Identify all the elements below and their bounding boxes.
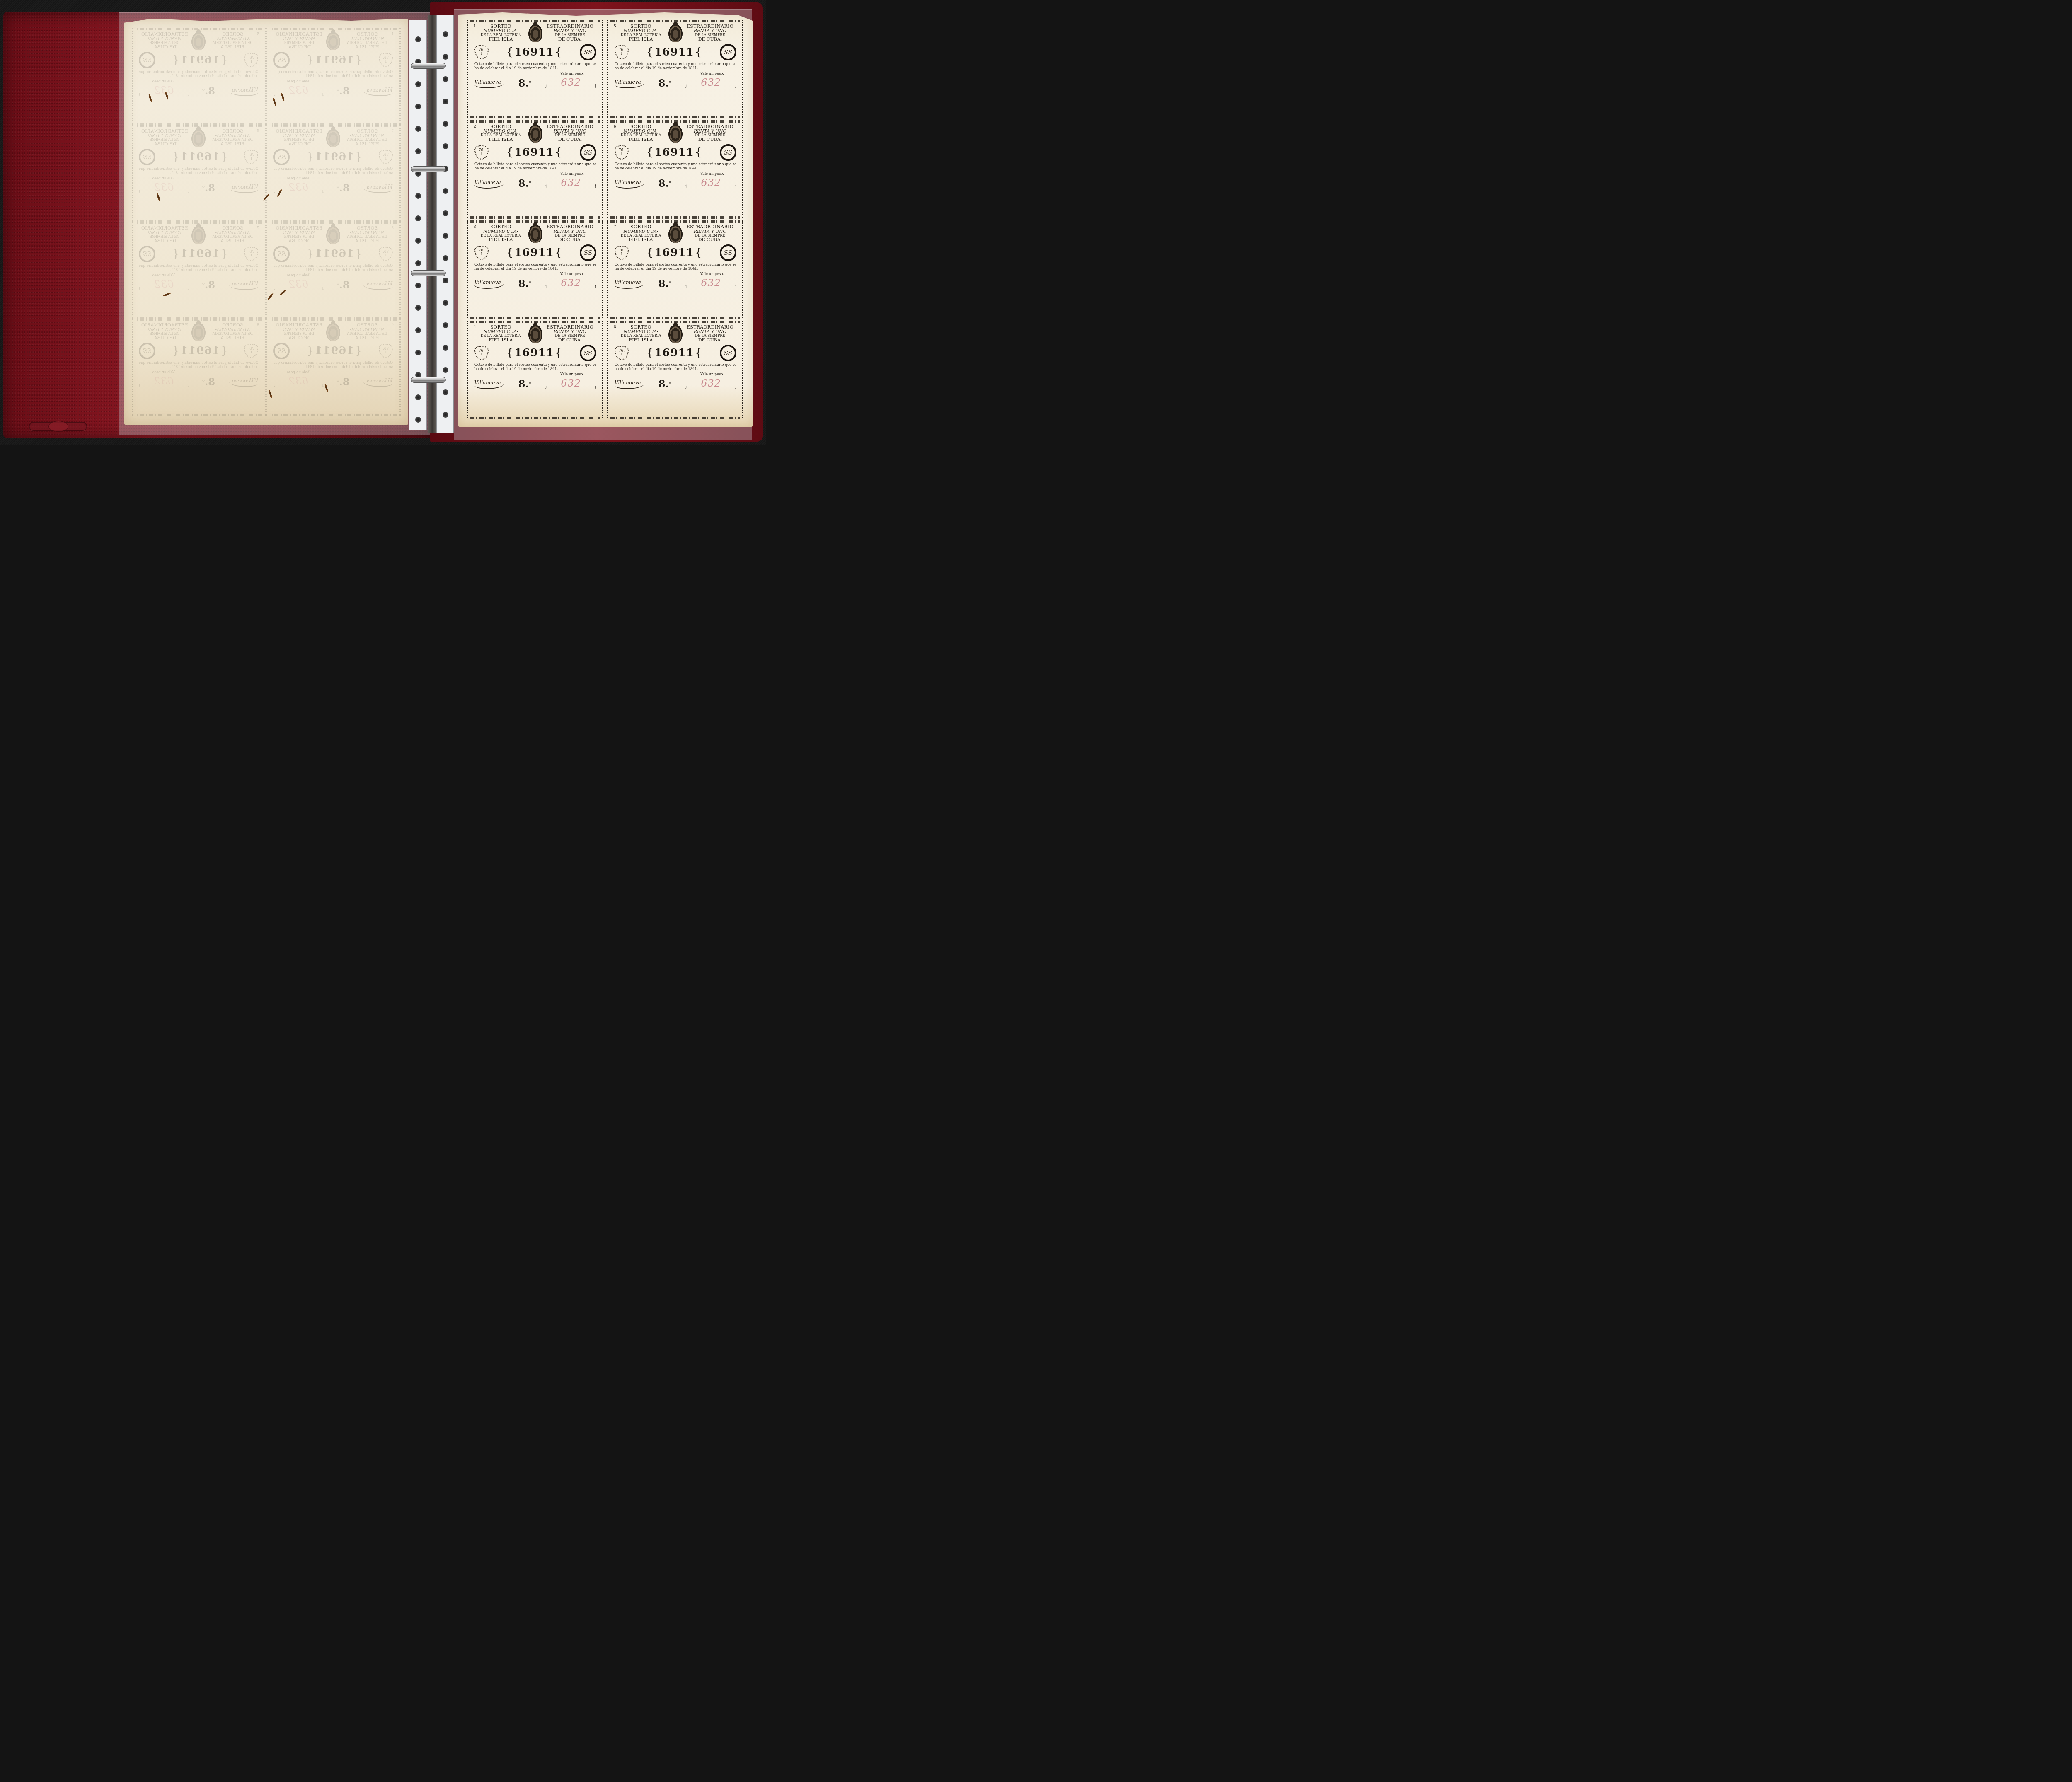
fraction-mark: 8.o [336, 86, 349, 96]
header-estraordinario: ESTRAORDINARIO [139, 32, 190, 37]
header-estraordinario: ESTRAORDINARIO [684, 225, 736, 230]
header-numero: NUMERO CUA- [207, 134, 258, 138]
corner-mark: j [322, 92, 323, 96]
header-fiel-isla: FIEL ISLA [341, 239, 393, 244]
punch-hole [443, 31, 448, 37]
header-sorteo: SORTEO [341, 226, 393, 231]
signature: Villanueva [363, 87, 393, 96]
ticket-number: 16911 [172, 248, 228, 260]
lottery-sheet-page: 1 SORTEO NUMERO CUA- DE LA REAL LOTERIA … [458, 12, 753, 427]
signature: Villanueva [229, 184, 259, 193]
signature: Villanueva [615, 280, 644, 289]
header-renta: RENTA Y UNO [139, 231, 190, 235]
header-sorteo: SORTEO [207, 129, 258, 134]
punch-hole [443, 54, 448, 60]
ticket-description: Octavo de billete para el sorteo cuarent… [139, 361, 259, 369]
monogram-seal-icon: SS [274, 246, 290, 262]
header-cuba: DE CUBA. [274, 45, 325, 50]
header-cuba: DE CUBA. [139, 239, 190, 244]
header-sorteo: SORTEO [341, 129, 393, 134]
corner-mark: j [545, 385, 547, 389]
header-fiel-isla: FIEL ISLA [615, 338, 667, 343]
ticket-number: 16911 [506, 46, 562, 58]
header-renta: RENTA Y UNO [139, 328, 190, 332]
corner-mark: j [595, 385, 596, 389]
corner-mark: j [545, 184, 547, 189]
corner-mark: j [685, 184, 687, 189]
corner-mark: j [139, 286, 140, 290]
monogram-seal-icon: SS [139, 343, 155, 359]
ticket-description: Octavo de billete para el sorteo cuarent… [139, 264, 259, 272]
header-fiel-isla: FIEL ISLA [474, 338, 527, 343]
header-renta: RENTA Y UNO [684, 129, 736, 134]
signature: Villanueva [474, 179, 504, 189]
corner-mark: j [187, 286, 189, 290]
heart-stamp-icon: 76.1 [244, 53, 259, 67]
royal-crest-icon [668, 225, 683, 243]
show-through-ghost: 1 SORTEO NUMERO CUA- DE LA REAL LOTERIA … [124, 19, 408, 425]
ticket-description: Octavo de billete para el sorteo cuarent… [139, 167, 259, 175]
ticket-index: 2 [391, 129, 394, 133]
corner-mark: j [274, 383, 275, 387]
heart-stamp-icon: 76.1 [615, 45, 629, 59]
punch-hole [443, 345, 448, 351]
royal-crest-icon [528, 124, 542, 143]
header-estraordinario: ESTRAORDINARIO [684, 24, 736, 29]
ticket-value: Vale un peso. [615, 72, 724, 76]
header-estraordinario: ESTRAORDINARIO [274, 323, 325, 328]
binder-ring[interactable] [411, 63, 446, 69]
header-fiel-isla: FIEL ISLA [341, 45, 393, 50]
punch-hole [443, 367, 448, 373]
header-renta: RENTA Y UNO [544, 129, 596, 134]
header-fiel-isla: FIEL ISLA [474, 137, 527, 142]
punch-hole [443, 300, 448, 306]
ticket-number: 16911 [646, 347, 702, 359]
punch-hole [415, 193, 421, 199]
monogram-seal-icon: SS [720, 44, 736, 60]
ticket-description: Octavo de billete para el sorteo cuarent… [615, 62, 736, 70]
header-numero: NUMERO CUA- [474, 230, 527, 234]
monogram-seal-icon: SS [580, 144, 596, 161]
ticket-value: Vale un peso. [286, 370, 393, 375]
signature: Villanueva [229, 87, 259, 96]
ghost-ticket: 7 SORTEO NUMERO CUA- DE LA REAL LOTERIA … [132, 222, 266, 319]
corner-mark: j [274, 286, 275, 290]
ticket-value: Vale un peso. [286, 177, 393, 181]
ticket-index: 6 [614, 125, 616, 129]
royal-crest-icon [528, 225, 542, 243]
header-renta: RENTA Y UNO [544, 330, 596, 334]
signature: Villanueva [474, 280, 504, 289]
ticket-value: Vale un peso. [474, 172, 584, 176]
ticket-index: 7 [614, 225, 616, 229]
ticket-value: Vale un peso. [151, 370, 259, 375]
punch-hole [415, 36, 421, 42]
header-fiel-isla: FIEL ISLA [341, 142, 393, 147]
monogram-seal-icon: SS [720, 144, 736, 161]
header-cuba: DE CUBA. [139, 45, 190, 50]
header-cuba: DE CUBA. [274, 142, 325, 147]
ticket-value: Vale un peso. [474, 272, 584, 276]
punch-hole [415, 305, 421, 311]
heart-stamp-icon: 76.1 [615, 346, 629, 360]
corner-mark: j [735, 385, 736, 389]
handwritten-number: 632 [701, 377, 721, 389]
header-fiel-isla: FIEL ISLA [615, 37, 667, 42]
header-renta: RENTA Y UNO [274, 37, 325, 41]
header-cuba: DE CUBA. [684, 338, 736, 343]
header-numero: NUMERO CUA- [207, 37, 258, 41]
signature: Villanueva [363, 281, 393, 290]
heart-stamp-icon: 76.1 [615, 246, 629, 260]
corner-mark: j [187, 383, 189, 387]
fraction-mark: 8.o [202, 377, 215, 387]
embossed-logo-icon [29, 422, 87, 431]
corner-mark: j [274, 92, 275, 96]
signature: Villanueva [474, 79, 504, 88]
fraction-mark: 8.o [336, 280, 349, 290]
ticket-index: 8 [257, 323, 259, 327]
ticket-value: Vale un peso. [151, 80, 259, 84]
fraction-mark: 8.o [518, 279, 531, 289]
royal-crest-icon [326, 323, 340, 341]
header-estraordinario: ESTRAORDINARIO [274, 32, 325, 37]
signature: Villanueva [615, 179, 644, 189]
lottery-ticket: 6 SORTEO NUMERO CUA- DE LA REAL LOTERIA … [607, 120, 743, 218]
ghost-ticket: 6 SORTEO NUMERO CUA- DE LA REAL LOTERIA … [132, 125, 266, 222]
monogram-seal-icon: SS [139, 52, 155, 68]
ticket-value: Vale un peso. [286, 80, 393, 84]
ticket-index: 4 [391, 323, 394, 327]
ghost-ticket: 2 SORTEO NUMERO CUA- DE LA REAL LOTERIA … [266, 125, 401, 222]
punch-hole [415, 215, 421, 221]
ticket-number: 16911 [172, 151, 228, 163]
corner-mark: j [322, 189, 323, 193]
punch-hole [415, 394, 421, 400]
header-cuba: DE CUBA. [139, 142, 190, 147]
header-sorteo: SORTEO [474, 124, 527, 129]
header-sorteo: SORTEO [474, 325, 527, 330]
fraction-mark: 8.o [518, 379, 531, 389]
lottery-ticket: 4 SORTEO NUMERO CUA- DE LA REAL LOTERIA … [467, 321, 603, 418]
header-numero: NUMERO CUA- [341, 231, 393, 235]
fraction-mark: 8.o [658, 379, 671, 389]
header-fiel-isla: FIEL ISLA [474, 37, 527, 42]
ticket-number: 16911 [306, 345, 362, 357]
header-renta: RENTA Y UNO [684, 230, 736, 234]
binder-spine [428, 15, 436, 433]
header-sorteo: SORTEO [207, 226, 258, 231]
ghost-ticket: 4 SORTEO NUMERO CUA- DE LA REAL LOTERIA … [266, 319, 401, 416]
signature: Villanueva [229, 378, 259, 387]
ticket-grid: 1 SORTEO NUMERO CUA- DE LA REAL LOTERIA … [467, 20, 743, 418]
punch-hole [415, 350, 421, 355]
royal-crest-icon [191, 226, 206, 244]
corner-mark: j [322, 383, 323, 387]
header-numero: NUMERO CUA- [207, 328, 258, 332]
header-cuba: DE CUBA. [684, 237, 736, 242]
header-cuba: DE CUBA. [684, 37, 736, 42]
handwritten-number: 632 [288, 85, 308, 96]
header-numero: NUMERO CUA- [474, 129, 527, 134]
ticket-index: 3 [474, 225, 476, 229]
corner-mark: j [735, 184, 736, 189]
heart-stamp-icon: 76.1 [379, 247, 393, 261]
heart-stamp-icon: 76.1 [379, 344, 393, 358]
monogram-seal-icon: SS [274, 343, 290, 359]
header-numero: NUMERO CUA- [341, 37, 393, 41]
corner-mark: j [685, 385, 687, 389]
ticket-value: Vale un peso. [615, 272, 724, 276]
ticket-number: 16911 [646, 146, 702, 159]
signature: Villanueva [615, 79, 644, 88]
header-numero: NUMERO CUA- [474, 29, 527, 34]
header-numero: NUMERO CUA- [615, 129, 667, 134]
royal-crest-icon [668, 24, 683, 42]
handwritten-number: 632 [561, 377, 581, 389]
lottery-ticket: 5 SORTEO NUMERO CUA- DE LA REAL LOTERIA … [607, 20, 743, 118]
lottery-ticket: 1 SORTEO NUMERO CUA- DE LA REAL LOTERIA … [467, 20, 603, 118]
header-fiel-isla: FIEL ISLA [615, 137, 667, 142]
header-sorteo: SORTEO [615, 24, 667, 29]
fraction-mark: 8.o [518, 78, 531, 88]
corner-mark: j [187, 189, 189, 193]
monogram-seal-icon: SS [580, 345, 596, 361]
corner-mark: j [735, 285, 736, 289]
handwritten-number: 632 [701, 277, 721, 289]
header-fiel-isla: FIEL ISLA [341, 336, 393, 341]
handwritten-number: 632 [154, 181, 174, 193]
header-renta: RENTA Y UNO [684, 29, 736, 34]
handwritten-number: 632 [561, 77, 581, 88]
corner-mark: j [322, 286, 323, 290]
punch-hole [443, 233, 448, 239]
header-estraordinario: ESTRAORDINARIO [544, 124, 596, 129]
header-fiel-isla: FIEL ISLA [474, 237, 527, 242]
punch-hole [443, 389, 448, 395]
monogram-seal-icon: SS [580, 44, 596, 60]
signature: Villanueva [474, 380, 504, 389]
lottery-ticket: 2 SORTEO NUMERO CUA- DE LA REAL LOTERIA … [467, 120, 603, 218]
corner-mark: j [139, 189, 140, 193]
heart-stamp-icon: 76.1 [244, 344, 259, 358]
header-estraordinario: ESTRADROINARIO [684, 124, 736, 129]
fraction-mark: 8.o [202, 86, 215, 96]
fraction-mark: 8.o [518, 179, 531, 189]
header-renta: RENTA Y UNO [274, 231, 325, 235]
header-renta: RENTA Y UNO [544, 230, 596, 234]
signature: Villanueva [615, 380, 644, 389]
ticket-description: Octavo de billete para el sorteo cuarent… [615, 363, 736, 371]
ticket-index: 1 [474, 24, 476, 29]
handwritten-number: 632 [701, 77, 721, 88]
corner-mark: j [139, 92, 140, 96]
header-cuba: DE CUBA. [274, 336, 325, 341]
royal-crest-icon [191, 32, 206, 50]
ticket-number: 16911 [506, 347, 562, 359]
heart-stamp-icon: 76.1 [474, 45, 489, 59]
handwritten-number: 632 [561, 177, 581, 189]
header-renta: RENTA Y UNO [274, 328, 325, 332]
header-cuba: DE CUBA. [274, 239, 325, 244]
handwritten-number: 632 [288, 181, 308, 193]
punch-hole [443, 76, 448, 82]
handwritten-number: 632 [154, 278, 174, 290]
fraction-mark: 8.o [658, 179, 671, 189]
ticket-value: Vale un peso. [615, 372, 724, 377]
punch-hole [415, 417, 421, 423]
header-cuba: DE CUBA. [139, 336, 190, 341]
lottery-ticket: 7 SORTEO NUMERO CUA- DE LA REAL LOTERIA … [607, 220, 743, 318]
heart-stamp-icon: 76.1 [244, 247, 259, 261]
corner-mark: j [545, 285, 547, 289]
ticket-description: Octavo de billete para el sorteo cuarent… [615, 263, 736, 271]
ticket-number: 16911 [506, 146, 562, 159]
heart-stamp-icon: 76.1 [474, 145, 489, 160]
fraction-mark: 8.o [658, 279, 671, 289]
ticket-value: Vale un peso. [474, 372, 584, 377]
royal-crest-icon [326, 32, 340, 50]
header-estraordinario: ESTRAORDINARIO [544, 24, 596, 29]
signature: Villanueva [363, 378, 393, 387]
punch-hole [415, 283, 421, 288]
punch-hole [415, 81, 421, 87]
binder-ring[interactable] [411, 377, 446, 383]
sleeve-punch-strip-left [409, 20, 427, 430]
ticket-index: 1 [391, 32, 394, 36]
header-sorteo: SORTEO [615, 124, 667, 129]
punch-hole [415, 104, 421, 109]
heart-stamp-icon: 76.1 [244, 150, 259, 164]
ticket-description: Octavo de billete para el sorteo cuarent… [474, 162, 596, 170]
header-sorteo: SORTEO [615, 325, 667, 330]
ticket-index: 6 [257, 129, 259, 133]
monogram-seal-icon: SS [720, 345, 736, 361]
binder-ring[interactable] [411, 270, 446, 276]
ticket-index: 5 [614, 24, 616, 29]
heart-stamp-icon: 76.1 [379, 53, 393, 67]
ticket-description: Octavo de billete para el sorteo cuarent… [274, 167, 393, 175]
punch-hole [443, 143, 448, 149]
monogram-seal-icon: SS [274, 149, 290, 165]
punch-hole [415, 238, 421, 244]
corner-mark: j [685, 84, 687, 88]
ghost-ticket: 1 SORTEO NUMERO CUA- DE LA REAL LOTERIA … [266, 28, 401, 125]
heart-stamp-icon: 76.1 [615, 145, 629, 160]
fraction-mark: 8.o [202, 183, 215, 193]
punch-hole [415, 260, 421, 266]
ticket-description: Octavo de billete para el sorteo cuarent… [474, 263, 596, 271]
ticket-number: 16911 [646, 247, 702, 259]
header-numero: NUMERO CUA- [474, 330, 527, 334]
punch-hole [415, 126, 421, 132]
header-sorteo: SORTEO [474, 24, 527, 29]
ticket-number: 16911 [172, 345, 228, 357]
fraction-mark: 8.o [202, 280, 215, 290]
ghost-ticket: 8 SORTEO NUMERO CUA- DE LA REAL LOTERIA … [132, 319, 266, 416]
fraction-mark: 8.o [336, 377, 349, 387]
header-renta: RENTA Y UNO [684, 330, 736, 334]
corner-mark: j [139, 383, 140, 387]
ticket-number: 16911 [306, 151, 362, 163]
ticket-description: Octavo de billete para el sorteo cuarent… [139, 70, 259, 78]
ticket-index: 4 [474, 325, 476, 329]
royal-crest-icon [326, 226, 340, 244]
header-estraordinario: ESTRAORDINARIO [544, 325, 596, 330]
punch-hole [415, 327, 421, 333]
ticket-number: 16911 [646, 46, 702, 58]
ticket-description: Octavo de billete para el sorteo cuarent… [474, 62, 596, 70]
binder-ring[interactable] [411, 166, 446, 172]
ticket-description: Octavo de billete para el sorteo cuarent… [274, 264, 393, 272]
heart-stamp-icon: 76.1 [379, 150, 393, 164]
ticket-description: Octavo de billete para el sorteo cuarent… [274, 361, 393, 369]
header-numero: NUMERO CUA- [341, 328, 393, 332]
monogram-seal-icon: SS [139, 246, 155, 262]
header-numero: NUMERO CUA- [341, 134, 393, 138]
ticket-number: 16911 [172, 54, 228, 66]
header-fiel-isla: FIEL ISLA [207, 142, 258, 147]
handwritten-number: 632 [701, 177, 721, 189]
header-numero: NUMERO CUA- [615, 230, 667, 234]
header-estraordinario: ESTRAORDINARIO [139, 323, 190, 328]
header-sorteo: SORTEO [207, 32, 258, 37]
ticket-index: 7 [257, 226, 259, 230]
ticket-number: 16911 [306, 54, 362, 66]
ticket-value: Vale un peso. [151, 273, 259, 278]
ticket-value: Vale un peso. [615, 172, 724, 176]
monogram-seal-icon: SS [720, 244, 736, 261]
fraction-mark: 8.o [658, 78, 671, 88]
corner-mark: j [187, 92, 189, 96]
fraction-mark: 8.o [336, 183, 349, 193]
ticket-value: Vale un peso. [151, 177, 259, 181]
sheet-verso-page: 1 SORTEO NUMERO CUA- DE LA REAL LOTERIA … [124, 19, 408, 425]
header-sorteo: SORTEO [474, 225, 527, 230]
handwritten-number: 632 [288, 375, 308, 387]
header-estraordinario: ESTRAORDINARIO [544, 225, 596, 230]
ticket-description: Octavo de billete para el sorteo cuarent… [615, 162, 736, 170]
header-renta: RENTA Y UNO [544, 29, 596, 34]
royal-crest-icon [326, 129, 340, 147]
royal-crest-icon [528, 325, 542, 343]
header-cuba: DE CUBA. [544, 137, 596, 142]
header-sorteo: SORTEO [341, 32, 393, 37]
ticket-index: 3 [391, 226, 394, 230]
corner-mark: j [735, 84, 736, 88]
header-renta: RENTA Y UNO [274, 134, 325, 138]
header-renta: RENTA Y UNO [139, 134, 190, 138]
corner-mark: j [274, 189, 275, 193]
lottery-ticket: 3 SORTEO NUMERO CUA- DE LA REAL LOTERIA … [467, 220, 603, 318]
punch-hole [443, 255, 448, 261]
royal-crest-icon [191, 129, 206, 147]
royal-crest-icon [668, 325, 683, 343]
royal-crest-icon [668, 124, 683, 143]
ticket-description: Octavo de billete para el sorteo cuarent… [274, 70, 393, 78]
corner-mark: j [595, 184, 596, 189]
corner-mark: j [685, 285, 687, 289]
header-fiel-isla: FIEL ISLA [615, 237, 667, 242]
punch-hole [443, 121, 448, 127]
ghost-ticket: 3 SORTEO NUMERO CUA- DE LA REAL LOTERIA … [266, 222, 401, 319]
ticket-number: 16911 [506, 247, 562, 259]
punch-hole [443, 278, 448, 283]
ticket-index: 2 [474, 125, 476, 129]
corner-mark: j [545, 84, 547, 88]
signature: Villanueva [229, 281, 259, 290]
